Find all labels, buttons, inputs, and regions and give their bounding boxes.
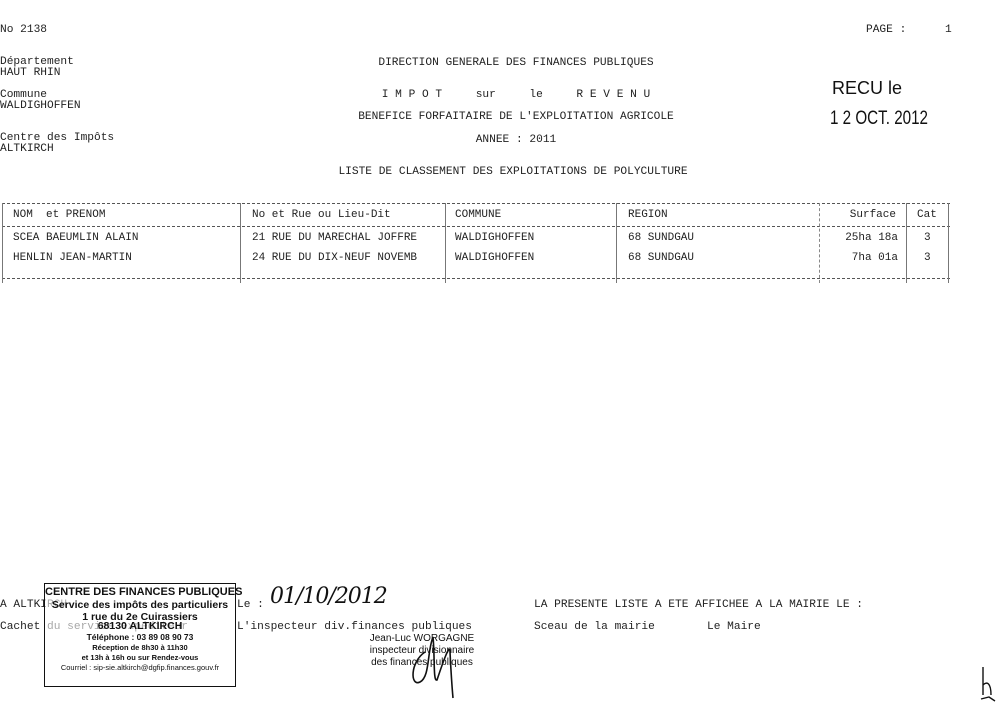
table-bottom-border bbox=[2, 278, 950, 279]
col-divider bbox=[819, 203, 820, 283]
exploitations-table: NOM et PRENOM No et Rue ou Lieu-Dit COMM… bbox=[2, 203, 950, 283]
centre-value: ALTKIRCH bbox=[0, 143, 54, 156]
column-header-cat: Cat bbox=[917, 209, 937, 222]
cachet-line: CENTRE DES FINANCES PUBLIQUES bbox=[45, 586, 235, 599]
table-cell-commune: WALDIGHOFFEN bbox=[455, 232, 534, 245]
col-divider bbox=[906, 203, 907, 283]
table-cell-commune: WALDIGHOFFEN bbox=[455, 252, 534, 265]
signature-scribble-icon bbox=[405, 632, 465, 702]
commune-value: WALDIGHOFFEN bbox=[0, 100, 81, 113]
col-divider bbox=[948, 203, 949, 283]
page-label: PAGE : bbox=[866, 24, 906, 37]
table-cell-nom: HENLIN JEAN-MARTIN bbox=[13, 252, 132, 265]
sceau-label: Sceau de la mairie bbox=[534, 621, 655, 634]
table-cell-region: 68 SUNDGAU bbox=[628, 252, 694, 265]
le-label: Le : bbox=[237, 599, 264, 612]
impot-title: I M P O T sur le R E V E N U bbox=[316, 89, 716, 102]
table-cell-surface: 25ha 18a bbox=[822, 232, 898, 245]
affichee-text: LA PRESENTE LISTE A ETE AFFICHEE A LA MA… bbox=[534, 599, 863, 612]
col-divider bbox=[240, 203, 241, 283]
direction-title: DIRECTION GENERALE DES FINANCES PUBLIQUE… bbox=[316, 57, 716, 70]
cachet-line: Courriel : sip-sie.altkirch@dgfip.financ… bbox=[45, 663, 235, 673]
column-header-commune: COMMUNE bbox=[455, 209, 501, 222]
column-header-nom: NOM et PRENOM bbox=[13, 209, 105, 222]
cachet-stamp: CENTRE DES FINANCES PUBLIQUES Service de… bbox=[44, 583, 236, 687]
page-number: 1 bbox=[945, 24, 952, 37]
table-cell-nom: SCEA BAEUMLIN ALAIN bbox=[13, 232, 138, 245]
table-cell-surface: 7ha 01a bbox=[822, 252, 898, 265]
cachet-line: Service des impôts des particuliers bbox=[45, 599, 235, 611]
received-stamp-date: 1 2 OCT. 2012 bbox=[830, 108, 928, 130]
cachet-line: Réception de 8h30 à 11h30 bbox=[45, 643, 235, 653]
document-number: No 2138 bbox=[0, 24, 47, 37]
table-cell-cat: 3 bbox=[924, 232, 931, 245]
col-divider bbox=[2, 203, 3, 283]
column-header-region: REGION bbox=[628, 209, 668, 222]
margin-initials-icon bbox=[975, 665, 1000, 703]
maire-label: Le Maire bbox=[707, 621, 761, 634]
handwritten-date: 01/10/2012 bbox=[270, 585, 387, 609]
col-divider bbox=[445, 203, 446, 283]
table-cell-region: 68 SUNDGAU bbox=[628, 232, 694, 245]
table-cell-cat: 3 bbox=[924, 252, 931, 265]
benefice-title: BENEFICE FORFAITAIRE DE L'EXPLOITATION A… bbox=[316, 111, 716, 124]
cachet-line: Téléphone : 03 89 08 90 73 bbox=[45, 632, 235, 643]
column-header-rue: No et Rue ou Lieu-Dit bbox=[252, 209, 391, 222]
column-header-surface: Surface bbox=[822, 209, 896, 222]
cachet-line: et 13h à 16h ou sur Rendez-vous bbox=[45, 653, 235, 663]
table-cell-rue: 21 RUE DU MARECHAL JOFFRE bbox=[252, 232, 417, 245]
table-top-border bbox=[2, 203, 950, 204]
liste-title: LISTE DE CLASSEMENT DES EXPLOITATIONS DE… bbox=[300, 166, 726, 179]
received-stamp-label: RECU le bbox=[832, 78, 902, 98]
table-cell-rue: 24 RUE DU DIX-NEUF NOVEMB bbox=[252, 252, 417, 265]
cachet-line: 68130 ALTKIRCH bbox=[45, 621, 235, 632]
annee-title: ANNEE : 2011 bbox=[316, 134, 716, 147]
departement-value: HAUT RHIN bbox=[0, 67, 60, 80]
table-header-border bbox=[2, 226, 950, 227]
col-divider bbox=[616, 203, 617, 283]
